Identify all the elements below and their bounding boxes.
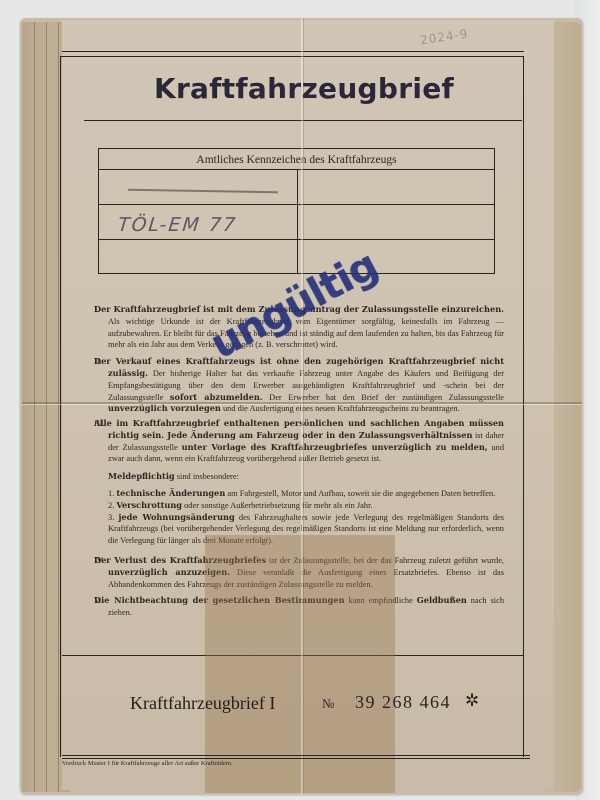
vertical-fold [301,18,303,794]
footer-label: Kraftfahrzeugbrief I [130,693,275,714]
plate-table-header: Amtliches Kennzeichen des Kraftfahrzeugs [99,149,494,170]
top-double-rule [62,51,524,52]
plate-entry-handwritten: TÖL-EM 77 [117,214,238,236]
section-II: II.Der Verkauf eines Kraftfahrzeugs ist … [108,356,504,415]
printer-note: Vordruck Muster I für Kraftfahrzeuge all… [62,760,233,767]
license-plate-table: Amtliches Kennzeichen des Kraftfahrzeugs [98,148,495,274]
title-underline [84,120,522,121]
list-item: 1. technische Änderungen am Fahrgestell,… [108,488,504,500]
list-item: 2. Verschrottung oder sonstige Außerbetr… [108,500,504,512]
meldepflichtig-lead: Meldepflichtig sind insbesondere: [108,471,504,483]
bottom-double-rule [62,755,530,756]
document-number: 39 268 464 [355,692,451,713]
document-title: Kraftfahrzeugbrief [84,72,524,105]
horizontal-fold [22,402,582,404]
star-icon: ✲ [465,691,479,711]
number-prefix: № [322,696,334,712]
section-III: III.Alle im Kraftfahrzeugbrief enthalten… [108,418,504,465]
